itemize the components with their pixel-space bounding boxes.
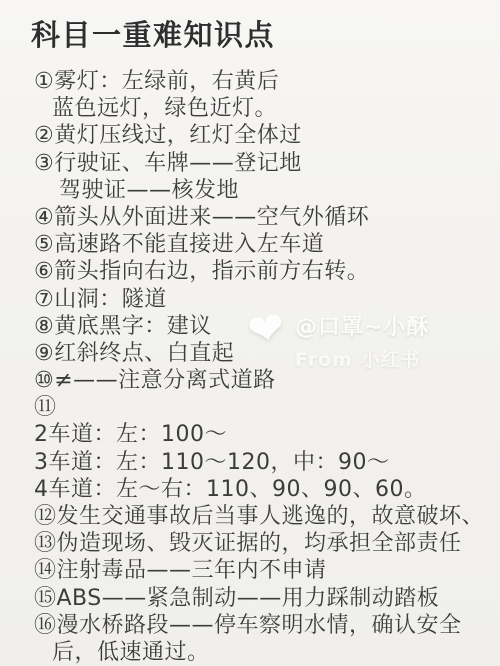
note-line: ⑨红斜终点、白直起	[34, 340, 496, 367]
note-line: ⑦山洞：隧道	[34, 286, 496, 313]
note-line: 3车道：左：110～120，中：90～	[34, 449, 496, 476]
note-line: ⑧黄底黑字：建议	[34, 313, 496, 340]
note-line: ①雾灯：左绿前，右黄后	[34, 68, 496, 95]
note-line: ⑥箭头指向右边，指示前方右转。	[34, 258, 496, 285]
note-line: ⑯漫水桥路段——停车察明水情，确认安全	[34, 612, 496, 639]
note-line: 蓝色远灯，绿色近灯。	[34, 95, 496, 122]
note-line: ⑫发生交通事故后当事人逃逸的，故意破坏、	[34, 503, 496, 530]
page-title: 科目一重难知识点	[31, 13, 275, 54]
note-line: ⑩≠——注意分离式道路	[34, 367, 496, 394]
study-notes-page: 科目一重难知识点 ①雾灯：左绿前，右黄后蓝色远灯，绿色近灯。②黄灯压线过，红灯全…	[0, 0, 500, 666]
notes-list: ①雾灯：左绿前，右黄后蓝色远灯，绿色近灯。②黄灯压线过，红灯全体过③行驶证、车牌…	[34, 68, 496, 666]
note-line: ⑬伪造现场、毁灭证据的，均承担全部责任	[34, 530, 496, 557]
note-line: ③行驶证、车牌——登记地	[34, 150, 496, 177]
note-line: ④箭头从外面进来——空气外循环	[34, 204, 496, 231]
note-line: ②黄灯压线过，红灯全体过	[34, 122, 496, 149]
note-line: ⑪	[34, 394, 496, 421]
note-line: ⑮ABS——紧急制动——用力踩制动踏板	[34, 585, 496, 612]
note-line: 后，低速通过。	[34, 639, 496, 666]
note-line: 驾驶证——核发地	[34, 177, 496, 204]
note-line: ⑭注射毒品——三年内不申请	[34, 557, 496, 584]
note-line: ⑤高速路不能直接进入左车道	[34, 231, 496, 258]
note-line: 4车道：左～右：110、90、90、60。	[34, 476, 496, 503]
note-line: 2车道：左：100～	[34, 421, 496, 448]
